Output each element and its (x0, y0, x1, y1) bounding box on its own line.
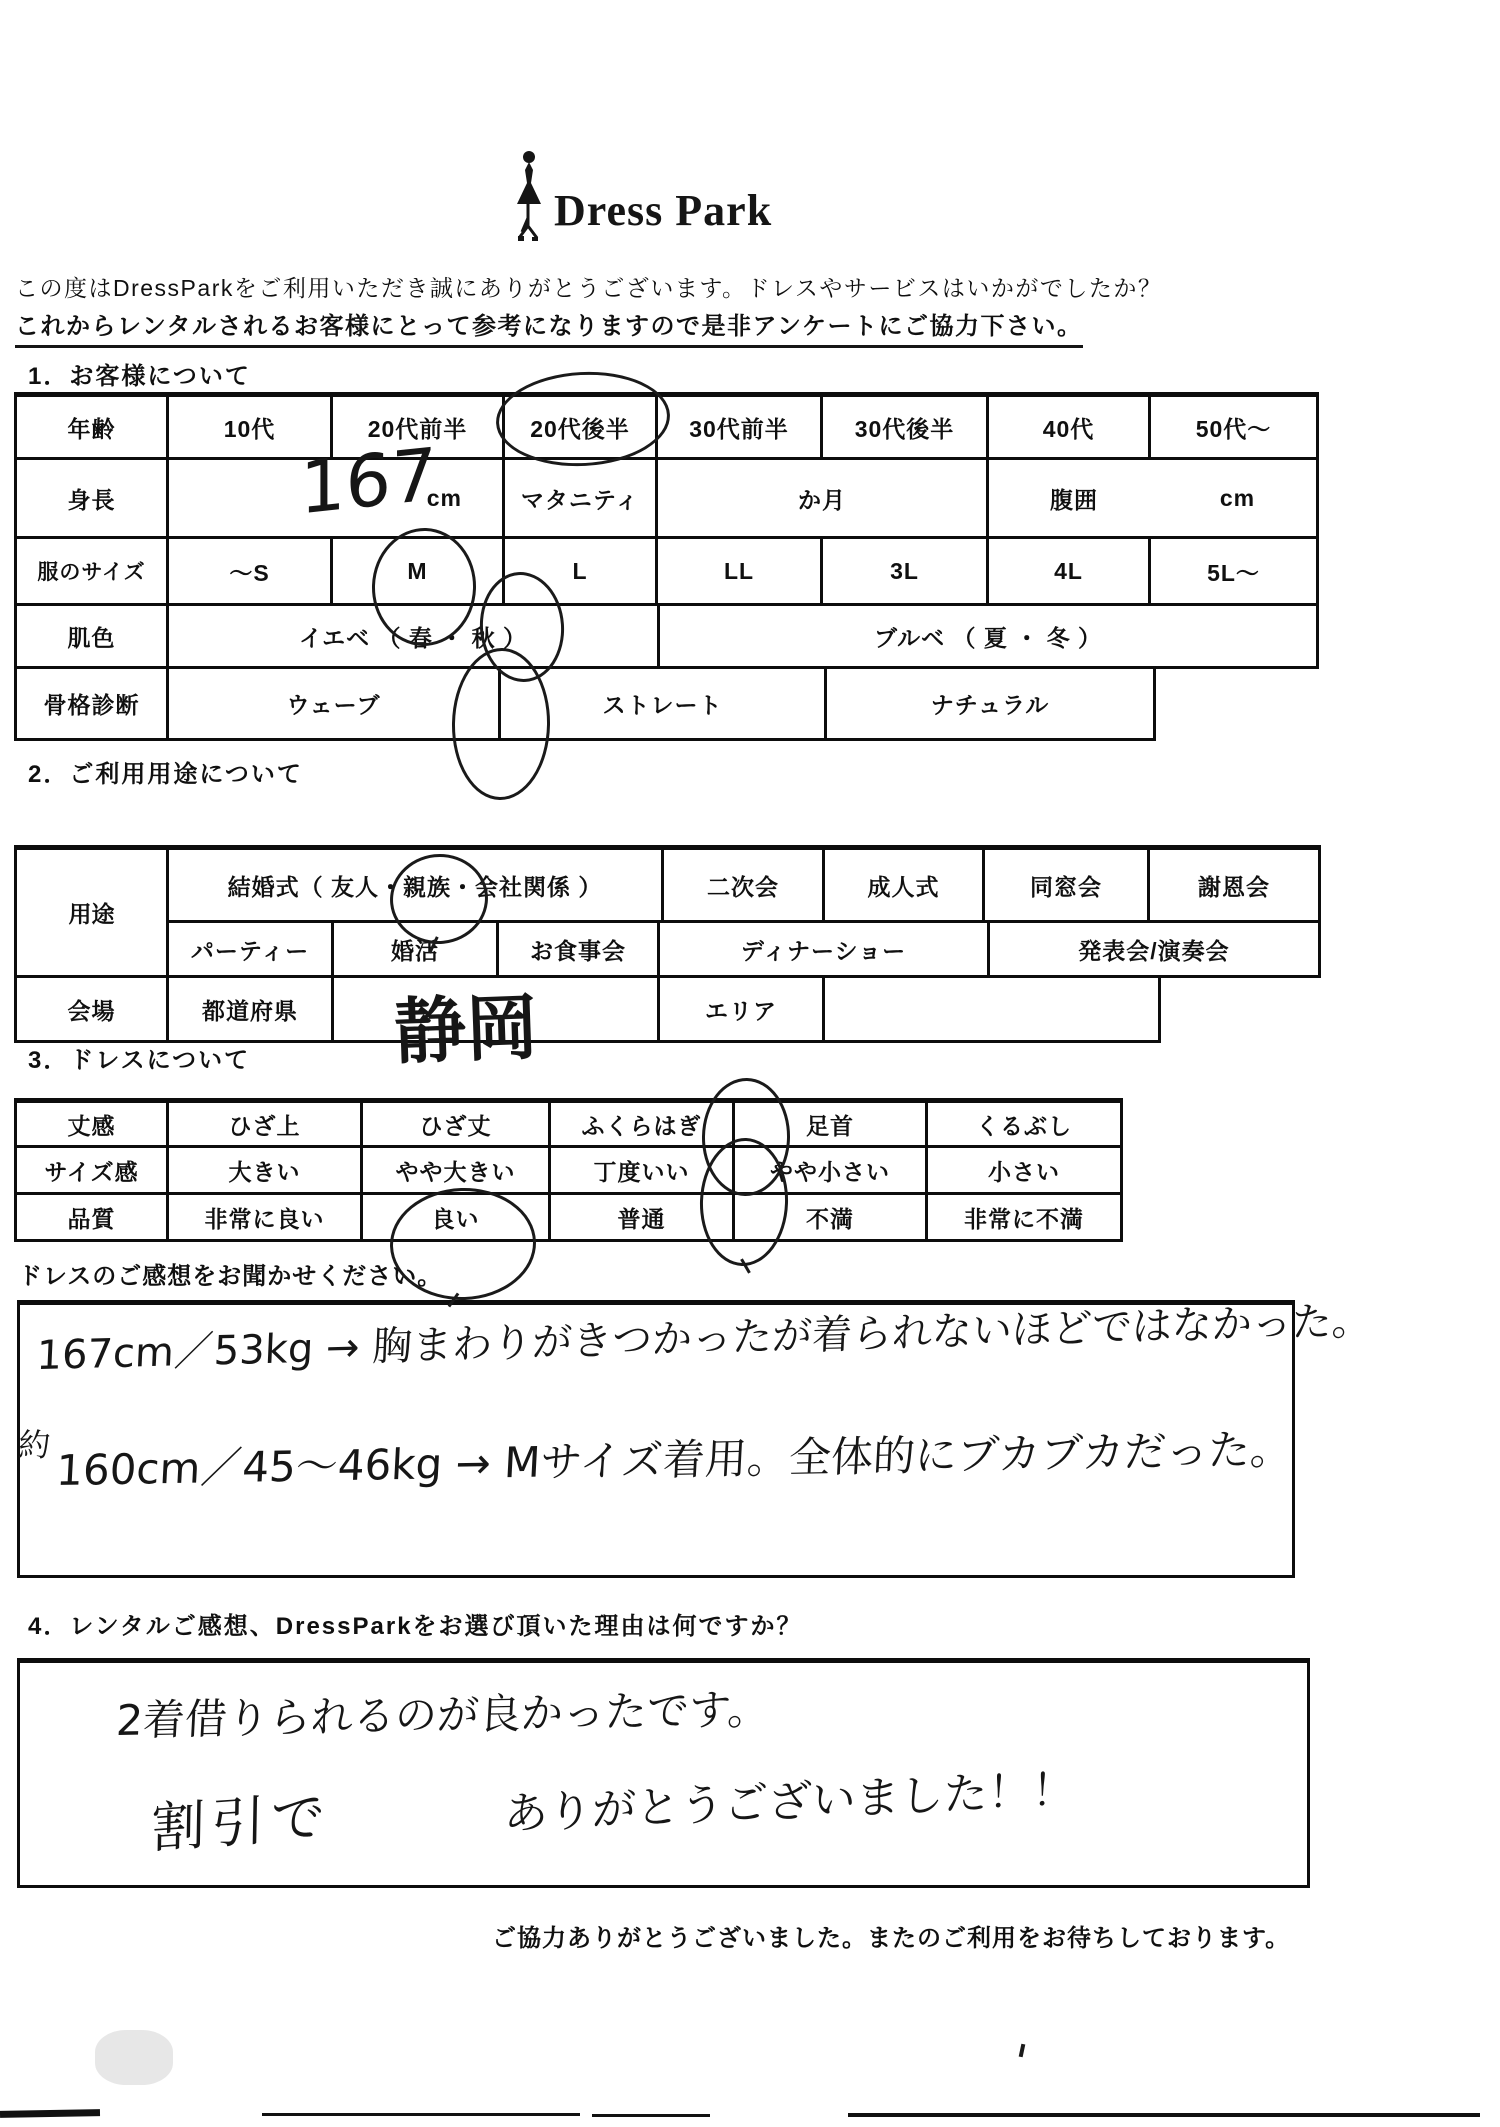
maternity-months-cell: か月 (658, 460, 989, 536)
dress-mannequin-icon (512, 150, 546, 242)
usage-option-dinnershow: ディナーショー (660, 923, 990, 975)
circle-skeleton-border (451, 647, 552, 801)
age-option-early30s: 30代前半 (658, 397, 823, 457)
venue-row: 会場 都道府県 エリア (14, 975, 1161, 1043)
scan-edge-line-2 (262, 2113, 580, 2116)
length-option-aboveknee: ひざ上 (169, 1103, 363, 1145)
length-label-text: 丈感 (68, 1108, 116, 1141)
fit-option-big: 大きい (169, 1148, 363, 1192)
skeleton-label: 骨格診断 (17, 669, 169, 738)
usage-row-b: パーティー 婚活 お食事会 ディナーショー 発表会/演奏会 (166, 920, 1321, 978)
usage-row-a: 結婚式（ 友人・親族・会社関係 ） 二次会 成人式 同窓会 謝恩会 (166, 845, 1321, 923)
size-option-ll: LL (658, 539, 823, 603)
handwritten-feedback2-discount: 割引で (151, 1773, 332, 1863)
usage-option-reunion: 同窓会 (985, 850, 1150, 920)
size-label: 服のサイズ (17, 539, 169, 603)
age-option-40s: 40代 (989, 397, 1151, 457)
height-row: 身長 cm マタニティ か月 腹囲 cm (14, 457, 1319, 539)
length-option-knee: ひざ丈 (363, 1103, 551, 1145)
brand-name: Dress Park (554, 185, 772, 236)
quality-label: 品質 (17, 1195, 169, 1239)
brand-logo: Dress Park (512, 150, 772, 242)
size-option-5l: 5L～ (1151, 539, 1316, 603)
age-option-50s: 50代～ (1151, 397, 1316, 457)
handwritten-feedback1-line2-prefix: 約 (17, 1420, 52, 1466)
fit-option-small: 小さい (928, 1148, 1120, 1192)
maternity-label: マタニティ (505, 460, 658, 536)
quality-row: 品質 非常に良い 良い 普通 不満 非常に不満 (14, 1192, 1123, 1242)
intro-line-2: これからレンタルされるお客様にとって参考になりますので是非アンケートにご協力下さ… (15, 306, 1083, 348)
section3-heading: 3．ドレスについて (28, 1040, 250, 1075)
size-option-3l: 3L (823, 539, 989, 603)
height-label: 身長 (17, 460, 169, 536)
handwritten-feedback2-line1: 2着借りられるのが良かったです。 (115, 1677, 771, 1748)
usage-option-party: パーティー (169, 923, 334, 975)
quality-option-verydissatisfied: 非常に不満 (928, 1195, 1120, 1239)
length-row: 丈感 ひざ上 ひざ丈 ふくらはぎ 足首 くるぶし (14, 1098, 1123, 1148)
usage-option-dining: お食事会 (499, 923, 660, 975)
prefecture-label: 都道府県 (169, 978, 334, 1040)
fit-label: サイズ感 (17, 1148, 169, 1192)
section1-heading: 1．お客様について (28, 356, 251, 391)
usage-option-recital: 発表会/演奏会 (990, 923, 1318, 975)
waist-label: 腹囲 (1050, 482, 1098, 515)
survey-scan-page: Dress Park この度はDressParkをご利用いただき誠にありがとうご… (0, 0, 1500, 2127)
intro-line-1: この度はDressParkをご利用いただき誠にありがとうございます。ドレスやサー… (15, 270, 1162, 303)
footer-text: ご協力ありがとうございました。またのご利用をお待ちしております。 (492, 1918, 1290, 1953)
section2-heading: 2．ご利用用途について (28, 754, 303, 789)
quality-option-verygood: 非常に良い (169, 1195, 363, 1239)
scan-speck (1019, 2044, 1026, 2058)
area-value-cell (825, 978, 1158, 1040)
skin-label: 肌色 (17, 606, 169, 666)
usage-option-thanksparty: 謝恩会 (1150, 850, 1318, 920)
size-option-4l: 4L (989, 539, 1151, 603)
venue-label: 会場 (17, 978, 169, 1040)
skeleton-row: 骨格診断 ウェーブ ストレート ナチュラル (14, 666, 1156, 741)
feedback1-label: ドレスのご感想をお聞かせください。 (18, 1256, 442, 1291)
scan-smudge (95, 2030, 173, 2085)
waist-unit: cm (1220, 485, 1255, 512)
size-row: 服のサイズ ～S M L LL 3L 4L 5L～ (14, 536, 1319, 606)
section4-heading: 4．レンタルご感想、DressParkをお選び頂いた理由は何ですか？ (28, 1606, 803, 1641)
scan-edge-line-4 (848, 2113, 1480, 2117)
scan-edge-line-1 (0, 2109, 100, 2118)
age-option-late30s: 30代後半 (823, 397, 989, 457)
scan-edge-line-3 (592, 2114, 710, 2117)
waist-cell: 腹囲 cm (989, 460, 1316, 536)
usage-option-afterparty: 二次会 (664, 850, 825, 920)
usage-option-comingofage: 成人式 (825, 850, 985, 920)
handwritten-prefecture: 静岡 (392, 969, 540, 1078)
area-label: エリア (660, 978, 825, 1040)
age-label: 年齢 (17, 397, 169, 457)
size-option-s: ～S (169, 539, 333, 603)
handwritten-height: 167 (300, 432, 437, 531)
wedding-prefix: 結婚式（ 友人・ (228, 869, 403, 902)
fit-option-slightlybig: やや大きい (363, 1148, 551, 1192)
skin-blube-cell: ブルベ （ 夏 ・ 冬 ） (660, 606, 1316, 666)
fit-row: サイズ感 大きい やや大きい 丁度いい やや小さい 小さい (14, 1145, 1123, 1195)
skeleton-option-natural: ナチュラル (827, 669, 1153, 738)
length-label: 丈感 (17, 1103, 169, 1145)
usage-label: 用途 (14, 845, 169, 978)
length-option-anklebone: くるぶし (928, 1103, 1120, 1145)
skin-row: 肌色 イエベ （ 春 ・ 秋 ） ブルベ （ 夏 ・ 冬 ） (14, 603, 1319, 669)
